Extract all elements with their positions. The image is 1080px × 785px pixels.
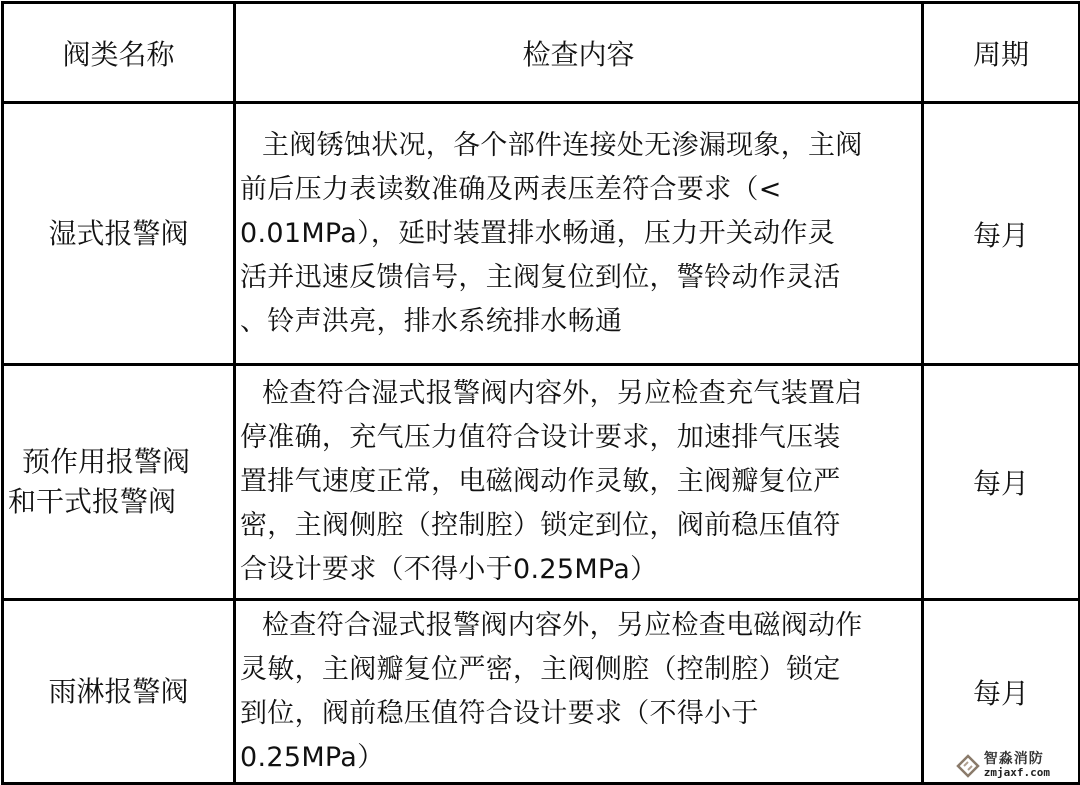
content-line: 活并迅速反馈信号，主阀复位到位，警铃动作灵活 xyxy=(240,256,919,300)
diamond-logo-icon xyxy=(956,754,980,778)
table-row: 湿式报警阀 主阀锈蚀状况，各个部件连接处无渗漏现象，主阀 前后压力表读数准确及两… xyxy=(3,103,1080,365)
content-line: 密，主阀侧腔（控制腔）锁定到位，阀前稳压值符 xyxy=(240,504,919,548)
valve-type-line: 预作用报警阀 xyxy=(4,442,233,482)
table-row: 预作用报警阀 和干式报警阀 检查符合湿式报警阀内容外，另应检查充气装置启 停准确… xyxy=(3,365,1080,600)
header-inspection-content: 检查内容 xyxy=(235,3,923,103)
content-line: 主阀锈蚀状况，各个部件连接处无渗漏现象，主阀 xyxy=(262,130,863,161)
content-line: 灵敏，主阀瓣复位严密，主阀侧腔（控制腔）锁定 xyxy=(240,648,919,692)
content-line: 0.25MPa） xyxy=(240,736,919,780)
watermark-site: zmjaxf.com xyxy=(984,766,1050,779)
inspection-content-cell: 检查符合湿式报警阀内容外，另应检查电磁阀动作 灵敏，主阀瓣复位严密，主阀侧腔（控… xyxy=(235,600,923,784)
header-valve-type: 阀类名称 xyxy=(3,3,235,103)
content-line: 检查符合湿式报警阀内容外，另应检查电磁阀动作 xyxy=(262,610,863,641)
content-line: 检查符合湿式报警阀内容外，另应检查充气装置启 xyxy=(262,378,863,409)
watermark-brand: 智淼消防 xyxy=(984,753,1050,766)
valve-type-cell: 湿式报警阀 xyxy=(3,103,235,365)
table-header-row: 阀类名称 检查内容 周期 xyxy=(3,3,1080,103)
header-period: 周期 xyxy=(923,3,1080,103)
valve-type-cell: 预作用报警阀 和干式报警阀 xyxy=(3,365,235,600)
valve-type-cell: 雨淋报警阀 xyxy=(3,600,235,784)
content-line: 置排气速度正常，电磁阀动作灵敏，主阀瓣复位严 xyxy=(240,460,919,504)
content-line: 、铃声洪亮，排水系统排水畅通 xyxy=(240,300,919,344)
valve-type-line: 和干式报警阀 xyxy=(4,482,233,522)
watermark: 智淼消防 zmjaxf.com xyxy=(956,753,1050,779)
table-row: 雨淋报警阀 检查符合湿式报警阀内容外，另应检查电磁阀动作 灵敏，主阀瓣复位严密，… xyxy=(3,600,1080,784)
inspection-content-cell: 主阀锈蚀状况，各个部件连接处无渗漏现象，主阀 前后压力表读数准确及两表压差符合要… xyxy=(235,103,923,365)
content-line: 前后压力表读数准确及两表压差符合要求（< xyxy=(240,168,919,212)
period-cell: 每月 xyxy=(923,103,1080,365)
inspection-content-cell: 检查符合湿式报警阀内容外，另应检查充气装置启 停准确，充气压力值符合设计要求，加… xyxy=(235,365,923,600)
content-line: 0.01MPa），延时装置排水畅通，压力开关动作灵 xyxy=(240,212,919,256)
valve-inspection-table: 阀类名称 检查内容 周期 湿式报警阀 主阀锈蚀状况，各个部件连接处无渗漏现象，主… xyxy=(1,1,1080,785)
content-line: 合设计要求（不得小于0.25MPa） xyxy=(240,548,919,592)
content-line: 到位，阀前稳压值符合设计要求（不得小于 xyxy=(240,692,919,736)
content-line: 停准确，充气压力值符合设计要求，加速排气压装 xyxy=(240,416,919,460)
period-cell: 每月 xyxy=(923,365,1080,600)
